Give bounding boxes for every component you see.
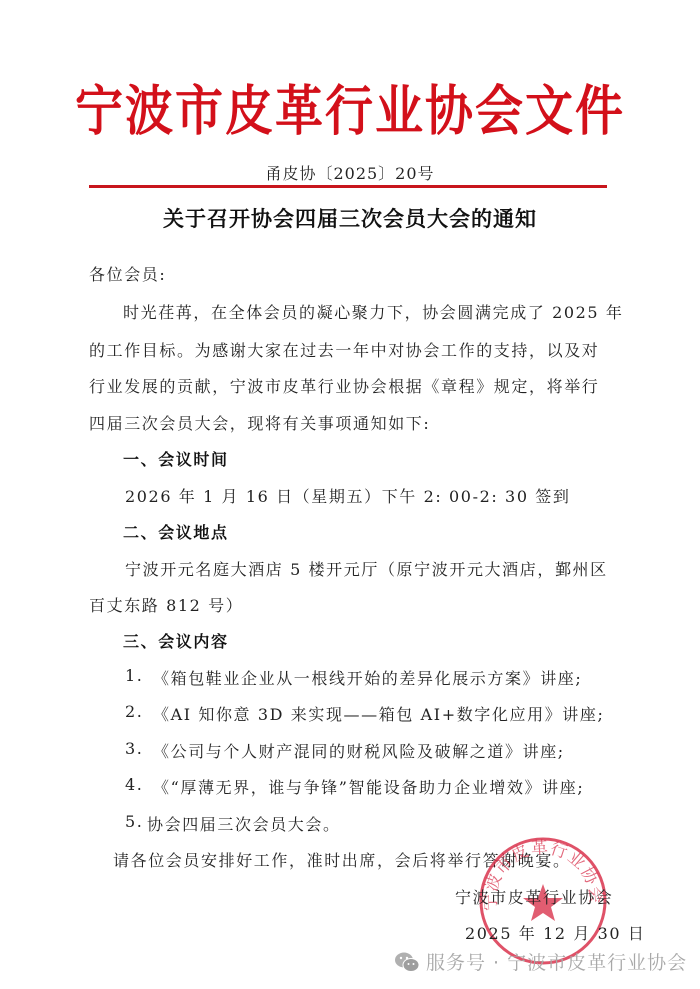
intro-line: 四届三次会员大会，现将有关事项通知如下: <box>89 411 430 434</box>
intro-line: 的工作目标。为感谢大家在过去一年中对协会工作的支持，以及对 <box>89 338 599 361</box>
agenda-item: 协会四届三次会员大会。 <box>147 812 341 835</box>
notice-title: 关于召开协会四届三次会员大会的通知 <box>0 203 700 233</box>
signature-org: 宁波市皮革行业协会 <box>455 885 613 908</box>
agenda-item-num: 1. <box>125 666 143 685</box>
document-number: 甬皮协〔2025〕20号 <box>0 161 700 184</box>
header-divider <box>89 185 607 188</box>
agenda-item: 《“厚薄无界，谁与争锋”智能设备助力企业增效》讲座; <box>153 775 584 798</box>
section-heading-content: 三、会议内容 <box>123 629 229 652</box>
wechat-icon <box>394 951 420 973</box>
section-heading-location: 二、会议地点 <box>123 520 229 543</box>
agenda-item-num: 4. <box>125 775 143 794</box>
agenda-item-num: 2. <box>125 702 143 721</box>
intro-line: 行业发展的贡献，宁波市皮革行业协会根据《章程》规定，将举行 <box>89 374 599 397</box>
watermark-text: 服务号 · 宁波市皮革行业协会 <box>426 948 687 975</box>
signature-date: 2025 年 12 月 30 日 <box>465 921 645 944</box>
intro-line: 时光荏苒，在全体会员的凝心聚力下，协会圆满完成了 2025 年 <box>123 300 624 323</box>
document-header-title: 宁波市皮革行业协会文件 <box>0 68 700 145</box>
agenda-item: 《公司与个人财产混同的财税风险及破解之道》讲座; <box>153 739 565 762</box>
agenda-item-num: 3. <box>125 739 143 758</box>
meeting-location-cont: 百丈东路 812 号） <box>89 593 243 616</box>
watermark: 服务号 · 宁波市皮革行业协会 <box>394 948 687 975</box>
agenda-item-num: 5. <box>125 812 143 831</box>
meeting-time: 2026 年 1 月 16 日（星期五）下午 2: 00-2: 30 签到 <box>125 484 571 507</box>
salutation: 各位会员: <box>89 262 166 285</box>
agenda-item: 《箱包鞋业企业从一根线开始的差异化展示方案》讲座; <box>153 666 582 689</box>
meeting-location: 宁波开元名庭大酒店 5 楼开元厅（原宁波开元大酒店，鄞州区 <box>125 557 608 580</box>
agenda-item: 《AI 知你意 3D 来实现——箱包 AI+数字化应用》讲座; <box>153 702 605 725</box>
section-heading-time: 一、会议时间 <box>123 447 229 470</box>
